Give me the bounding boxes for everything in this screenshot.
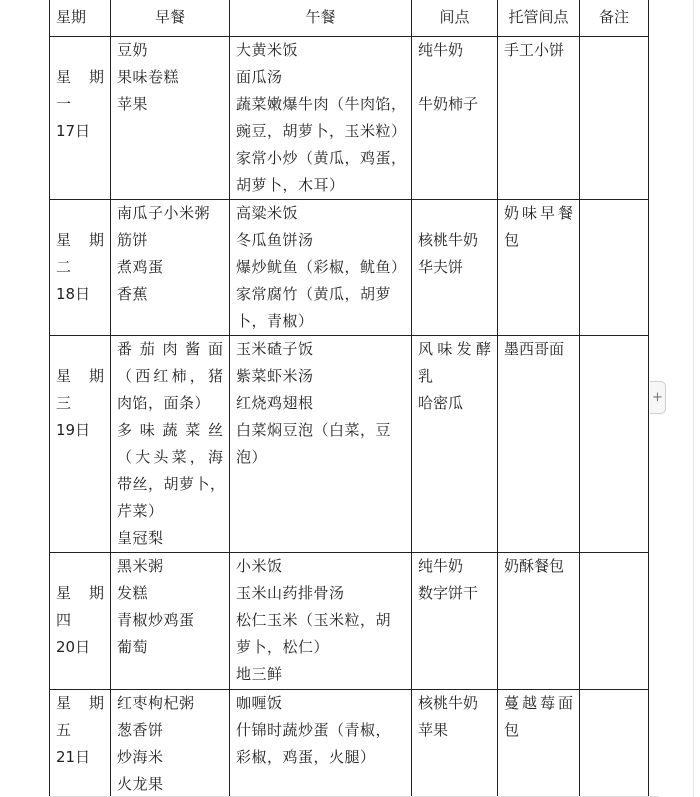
care-snack-cell: 墨西哥面 bbox=[498, 336, 580, 553]
table-row-wednesday: 星 期 三 19日 番茄肉酱面 （西红柿，猪 肉馅，面条） 多味蔬菜丝 （大头菜… bbox=[50, 336, 649, 553]
date: 21日 bbox=[56, 744, 110, 771]
document-page: 星期 早餐 午餐 间点 托管间点 备注 星 期 一 17日 豆奶 果味卷糕 bbox=[0, 0, 700, 797]
breakfast-cell: 红枣枸杞粥 葱香饼 炒海米 火龙果 bbox=[111, 690, 230, 797]
date: 19日 bbox=[56, 417, 110, 444]
menu-item: 纯牛奶 bbox=[418, 37, 497, 64]
menu-item: 乳 bbox=[418, 363, 497, 390]
header-snack: 间点 bbox=[412, 0, 498, 37]
weekly-menu-table: 星期 早餐 午餐 间点 托管间点 备注 星 期 一 17日 豆奶 果味卷糕 bbox=[49, 0, 649, 797]
table-row-thursday: 星 期 四 20日 黑米粥 发糕 青椒炒鸡蛋 葡萄 小米饭 玉米山药排骨汤 松仁… bbox=[50, 553, 649, 690]
snack-cell: 纯牛奶 牛奶柿子 bbox=[412, 37, 498, 200]
lunch-cell: 高粱米饭 冬瓜鱼饼汤 爆炒鱿鱼（彩椒，鱿鱼） 家常腐竹（黄瓜，胡萝 卜，青椒） bbox=[230, 200, 412, 336]
menu-item: 苹果 bbox=[117, 91, 229, 118]
care-snack-cell: 奶味早餐 包 bbox=[498, 200, 580, 336]
day-cell: 星 期 一 17日 bbox=[50, 37, 111, 200]
breakfast-cell: 豆奶 果味卷糕 苹果 bbox=[111, 37, 230, 200]
weekday: 四 bbox=[56, 607, 110, 634]
menu-item: 冬瓜鱼饼汤 bbox=[236, 227, 411, 254]
page-right-edge bbox=[693, 0, 694, 797]
menu-item bbox=[418, 200, 497, 227]
week-label: 星 期 bbox=[56, 690, 110, 717]
menu-item: 家常小炒（黄瓜，鸡蛋， bbox=[236, 145, 411, 172]
menu-item: 包 bbox=[504, 717, 579, 744]
weekday: 五 bbox=[56, 717, 110, 744]
menu-item: 核桃牛奶 bbox=[418, 690, 497, 717]
lunch-cell: 咖喱饭 什锦时蔬炒蛋（青椒， 彩椒，鸡蛋，火腿） bbox=[230, 690, 412, 797]
menu-item: 红枣枸杞粥 bbox=[117, 690, 229, 717]
menu-item: 火龙果 bbox=[117, 771, 229, 797]
menu-item: 卜，青椒） bbox=[236, 308, 411, 335]
day-cell: 星 期 三 19日 bbox=[50, 336, 111, 553]
menu-item: 咖喱饭 bbox=[236, 690, 411, 717]
menu-item: 风味发酵 bbox=[418, 336, 497, 363]
remarks-cell bbox=[580, 336, 649, 553]
remarks-cell bbox=[580, 553, 649, 690]
date: 18日 bbox=[56, 281, 110, 308]
menu-item: 玉米山药排骨汤 bbox=[236, 580, 411, 607]
date: 17日 bbox=[56, 118, 110, 145]
date: 20日 bbox=[56, 634, 110, 661]
breakfast-cell: 番茄肉酱面 （西红柿，猪 肉馅，面条） 多味蔬菜丝 （大头菜，海 带丝，胡萝卜，… bbox=[111, 336, 230, 553]
menu-item: 豆奶 bbox=[117, 37, 229, 64]
menu-item: 地三鲜 bbox=[236, 661, 411, 688]
menu-item: 哈密瓜 bbox=[418, 390, 497, 417]
table-row-friday: 星 期 五 21日 红枣枸杞粥 葱香饼 炒海米 火龙果 咖喱饭 什锦时蔬炒蛋（青… bbox=[50, 690, 649, 797]
day-cell: 星 期 五 21日 bbox=[50, 690, 111, 797]
menu-item: 发糕 bbox=[117, 580, 229, 607]
header-lunch: 午餐 bbox=[230, 0, 412, 37]
menu-item: 松仁玉米（玉米粒，胡 bbox=[236, 607, 411, 634]
menu-item: 高粱米饭 bbox=[236, 200, 411, 227]
menu-item: 小米饭 bbox=[236, 553, 411, 580]
header-care-snack: 托管间点 bbox=[498, 0, 580, 37]
menu-item: 大黄米饭 bbox=[236, 37, 411, 64]
snack-cell: 纯牛奶 数字饼干 bbox=[412, 553, 498, 690]
menu-item: 爆炒鱿鱼（彩椒，鱿鱼） bbox=[236, 254, 411, 281]
day-cell: 星 期 二 18日 bbox=[50, 200, 111, 336]
header-weekday: 星期 bbox=[50, 0, 111, 37]
menu-item: 萝卜，松仁） bbox=[236, 634, 411, 661]
lunch-cell: 小米饭 玉米山药排骨汤 松仁玉米（玉米粒，胡 萝卜，松仁） 地三鲜 bbox=[230, 553, 412, 690]
menu-item: 包 bbox=[504, 227, 579, 254]
menu-item: 蔓越莓面 bbox=[504, 690, 579, 717]
plus-icon: + bbox=[652, 390, 663, 405]
care-snack-cell: 奶酥餐包 bbox=[498, 553, 580, 690]
week-label: 星 期 bbox=[56, 363, 110, 390]
menu-item: 青椒炒鸡蛋 bbox=[117, 607, 229, 634]
menu-item: 纯牛奶 bbox=[418, 553, 497, 580]
lunch-cell: 玉米碴子饭 紫菜虾米汤 红烧鸡翅根 白菜焖豆泡（白菜，豆 泡） bbox=[230, 336, 412, 553]
menu-item: 皇冠梨 bbox=[117, 525, 229, 552]
weekday: 一 bbox=[56, 91, 110, 118]
menu-item: 墨西哥面 bbox=[504, 336, 579, 363]
snack-cell: 核桃牛奶 苹果 bbox=[412, 690, 498, 797]
care-snack-cell: 手工小饼 bbox=[498, 37, 580, 200]
menu-item: 什锦时蔬炒蛋（青椒， bbox=[236, 717, 411, 744]
menu-item: 紫菜虾米汤 bbox=[236, 363, 411, 390]
breakfast-cell: 南瓜子小米粥 筋饼 煮鸡蛋 香蕉 bbox=[111, 200, 230, 336]
weekday: 二 bbox=[56, 254, 110, 281]
menu-item: 煮鸡蛋 bbox=[117, 254, 229, 281]
menu-item: 玉米碴子饭 bbox=[236, 336, 411, 363]
table-row-monday: 星 期 一 17日 豆奶 果味卷糕 苹果 大黄米饭 面瓜汤 蔬菜嫩爆牛肉（牛肉馅… bbox=[50, 37, 649, 200]
menu-item: 炒海米 bbox=[117, 744, 229, 771]
snack-cell: 风味发酵 乳 哈密瓜 bbox=[412, 336, 498, 553]
menu-item: 肉馅，面条） bbox=[117, 390, 229, 417]
header-row: 星期 早餐 午餐 间点 托管间点 备注 bbox=[50, 0, 649, 37]
menu-item: 手工小饼 bbox=[504, 37, 579, 64]
menu-item: 华夫饼 bbox=[418, 254, 497, 281]
remarks-cell bbox=[580, 690, 649, 797]
menu-item: 泡） bbox=[236, 444, 411, 471]
menu-item: 奶味早餐 bbox=[504, 200, 579, 227]
care-snack-cell: 蔓越莓面 包 bbox=[498, 690, 580, 797]
menu-item: 核桃牛奶 bbox=[418, 227, 497, 254]
menu-item: 面瓜汤 bbox=[236, 64, 411, 91]
header-breakfast: 早餐 bbox=[111, 0, 230, 37]
menu-item: 果味卷糕 bbox=[117, 64, 229, 91]
menu-item bbox=[418, 64, 497, 91]
menu-item: 多味蔬菜丝 bbox=[117, 417, 229, 444]
snack-cell: 核桃牛奶 华夫饼 bbox=[412, 200, 498, 336]
menu-item: 牛奶柿子 bbox=[418, 91, 497, 118]
remarks-cell bbox=[580, 200, 649, 336]
menu-item: 芹菜） bbox=[117, 498, 229, 525]
menu-item: 南瓜子小米粥 bbox=[117, 200, 229, 227]
remarks-cell bbox=[580, 37, 649, 200]
menu-item: 葡萄 bbox=[117, 634, 229, 661]
weekday: 三 bbox=[56, 390, 110, 417]
menu-item: 带丝，胡萝卜， bbox=[117, 471, 229, 498]
week-label: 星 期 bbox=[56, 227, 110, 254]
menu-item: 筋饼 bbox=[117, 227, 229, 254]
table-row-tuesday: 星 期 二 18日 南瓜子小米粥 筋饼 煮鸡蛋 香蕉 高粱米饭 冬瓜鱼饼汤 爆炒… bbox=[50, 200, 649, 336]
add-row-button[interactable]: + bbox=[650, 381, 666, 414]
lunch-cell: 大黄米饭 面瓜汤 蔬菜嫩爆牛肉（牛肉馅， 豌豆，胡萝卜，玉米粒） 家常小炒（黄瓜… bbox=[230, 37, 412, 200]
menu-item: 番茄肉酱面 bbox=[117, 336, 229, 363]
menu-item: 家常腐竹（黄瓜，胡萝 bbox=[236, 281, 411, 308]
header-remarks: 备注 bbox=[580, 0, 649, 37]
day-cell: 星 期 四 20日 bbox=[50, 553, 111, 690]
menu-item: 彩椒，鸡蛋，火腿） bbox=[236, 744, 411, 771]
menu-item: （大头菜，海 bbox=[117, 444, 229, 471]
menu-item: 苹果 bbox=[418, 717, 497, 744]
menu-item: 豌豆，胡萝卜，玉米粒） bbox=[236, 118, 411, 145]
menu-item: 香蕉 bbox=[117, 281, 229, 308]
menu-item: 奶酥餐包 bbox=[504, 553, 579, 580]
menu-item: （西红柿，猪 bbox=[117, 363, 229, 390]
menu-item: 黑米粥 bbox=[117, 553, 229, 580]
menu-item: 葱香饼 bbox=[117, 717, 229, 744]
menu-item: 胡萝卜，木耳） bbox=[236, 172, 411, 199]
menu-item: 白菜焖豆泡（白菜，豆 bbox=[236, 417, 411, 444]
menu-item: 红烧鸡翅根 bbox=[236, 390, 411, 417]
week-label: 星 期 bbox=[56, 64, 110, 91]
menu-item: 蔬菜嫩爆牛肉（牛肉馅， bbox=[236, 91, 411, 118]
week-label: 星 期 bbox=[56, 580, 110, 607]
menu-item: 数字饼干 bbox=[418, 580, 497, 607]
breakfast-cell: 黑米粥 发糕 青椒炒鸡蛋 葡萄 bbox=[111, 553, 230, 690]
